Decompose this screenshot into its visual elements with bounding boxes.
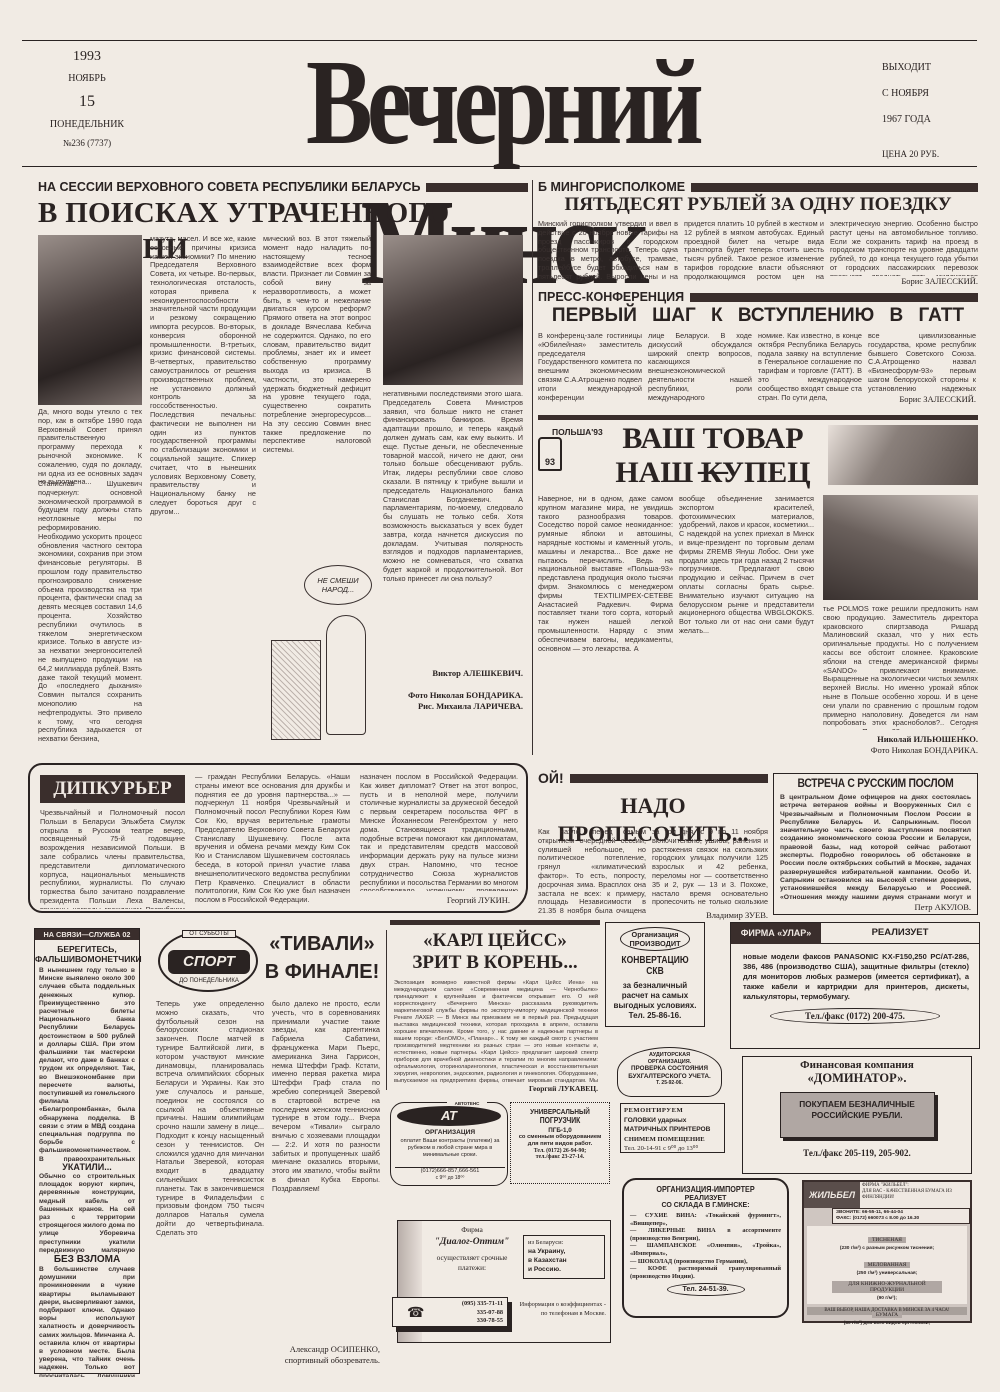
ad-dominator-offer: ПОКУПАЕМ БЕЗНАЛИЧНЫЕ РОССИЙСКИЕ РУБЛИ. xyxy=(780,1092,935,1138)
ad-dialog-phones: ☎ (095) 335-71-11 335-07-88 330-78-55 xyxy=(392,1297,508,1327)
ad-dialog-phone: 330-78-55 xyxy=(462,1317,503,1326)
article-diplomat-col1: Чрезвычайный и Полномочный посол Польши … xyxy=(40,809,185,909)
article-session-col2: мазута, масел. И все же, какие основные … xyxy=(150,235,256,645)
column-divider xyxy=(386,930,387,1090)
article-gatt: ПРЕСС-КОНФЕРЕНЦИЯ ПЕРВЫЙ ШАГ К ВСТУПЛЕНИ… xyxy=(538,290,978,415)
ad-zhilbel-product: ТИСНЕНАЯ (230 г/м²) с разным рисунком ти… xyxy=(807,1228,967,1251)
article-fare-rubric: Б МИНГОРИСПОЛКОМЕ xyxy=(538,180,978,194)
article-session-rubric: НА СЕССИИ ВЕРХОВНОГО СОВЕТА РЕСПУБЛИКИ Б… xyxy=(38,180,528,194)
ad-importer-item: — ЛИКЕРНЫЕ ВИНА в ассортименте (производ… xyxy=(630,1227,781,1242)
ad-repair: РЕМОНТИРУЕМ ГОЛОВКИ ударных МАТРИЧНЫХ ПР… xyxy=(620,1103,725,1153)
ad-zhilbel: ЖИЛЬБЕЛ ФИРМА "ЖИЛЬБЕЛ": ДЛЯ ВАС - КАЧЕС… xyxy=(802,1180,972,1323)
ad-importer-verb: РЕАЛИЗУЕТ xyxy=(624,1195,787,1202)
article-gatt-col4: все цивилизованные государства, кроме ре… xyxy=(868,332,976,394)
ad-autotens-body: оплатит Ваши контракты (платежи) за рубе… xyxy=(397,1138,503,1159)
ad-dialog-phone-list: (095) 335-71-11 335-07-88 330-78-55 xyxy=(462,1300,503,1326)
sport-logo: ОТ СУББОТЫ СПОРТ ДО ПОНЕДЕЛЬНИКА xyxy=(158,930,258,992)
ad-zhilbel-product: ДЛЯ КНИЖНО-ЖУРНАЛЬНОЙ ПРОДУКЦИИ (90 г/м²… xyxy=(807,1278,967,1301)
article-police-sub1: УКАТИЛИ... xyxy=(35,1162,139,1172)
ad-loader-model: ПГБ-1,0 xyxy=(511,1127,609,1134)
sport-logo-top: ОТ СУББОТЫ xyxy=(182,930,236,938)
article-sport-author-role: спортивный обозреватель. xyxy=(264,1355,380,1365)
article-police-text: В нынешнем году только в Минске выявлено… xyxy=(35,964,139,1162)
article-fare: Б МИНГОРИСПОЛКОМЕ ПЯТЬДЕСЯТ РУБЛЕЙ ЗА ОД… xyxy=(538,180,978,285)
article-diplomat-col2: — граждан Республики Беларусь. «Наши стр… xyxy=(195,773,350,911)
thumbs-up-icon: 93 xyxy=(538,437,562,471)
ad-dominator-l1: Финансовая компания xyxy=(743,1059,971,1071)
article-zeiss: «КАРЛ ЦЕЙСС» ЗРИТ В КОРЕНЬ... Экспозиция… xyxy=(390,920,600,1095)
ad-importer-phone: Тел. 24-51-39. xyxy=(667,1283,745,1296)
ad-dialog-phone: (095) 335-71-11 xyxy=(462,1300,503,1309)
masthead-month: НОЯБРЬ xyxy=(32,67,142,91)
article-fare-col1: Минский горисполком утвердил и ввел в де… xyxy=(538,220,678,282)
cartoon: НЕ СМЕШИ НАРОД... xyxy=(266,560,376,745)
ad-audit-l1: АУДИТОРСКАЯ ОРГАНИЗАЦИЯ. xyxy=(618,1052,721,1065)
photo-kebich xyxy=(383,235,523,385)
ad-autotens: АВТОТЕНС АТ ОРГАНИЗАЦИЯ оплатит Ваши кон… xyxy=(390,1102,508,1186)
ad-importer: ОРГАНИЗАЦИЯ-ИМПОРТЕР РЕАЛИЗУЕТ СО СКЛАДА… xyxy=(622,1178,789,1318)
rubric-bar xyxy=(690,293,978,302)
article-zeiss-text: Экспозиция всемирно известной фирмы «Кар… xyxy=(394,980,598,1084)
ad-ular-header: ФИРМА «УЛАР» РЕАЛИЗУЕТ xyxy=(731,923,979,944)
article-poland-col1: Наверное, ни в одном, даже самом крупном… xyxy=(538,495,673,750)
ad-audit-phone: Т. 25-92-06. xyxy=(618,1080,721,1086)
ad-importer-item: — ШОКОЛАД (производство Германии), xyxy=(630,1258,781,1266)
article-weather-rubric: ОЙ! xyxy=(538,770,768,786)
ad-zhilbel-header: ЖИЛЬБЕЛ ФИРМА "ЖИЛЬБЕЛ": ДЛЯ ВАС - КАЧЕС… xyxy=(804,1182,970,1208)
ad-dominator-phone: Тел./факс 205-119, 205-902. xyxy=(743,1148,971,1158)
article-weather-col2: за три дня, с 9 по 11 ноября включительн… xyxy=(652,828,768,908)
article-fare-col2: придется платить 10 рублей в жестком и 1… xyxy=(684,220,824,282)
masthead-year: 1993 xyxy=(32,47,142,67)
article-police-headline: БЕРЕГИТЕСЬ, ФАЛЬШИВОМОНЕТЧИКИ xyxy=(35,944,139,964)
ad-dominator-l2: «ДОМИНАТОР». xyxy=(743,1071,971,1086)
article-sport-col2: было далеко не просто, если учесть, что … xyxy=(272,1000,380,1340)
ad-dialog-info: Информация о коэффициентах - по телефона… xyxy=(516,1301,606,1318)
ad-ular-verb: РЕАЛИЗУЕТ xyxy=(821,923,979,944)
article-session-author: Виктор АЛЕШКЕВИЧ. xyxy=(383,668,523,678)
ad-dialog-route1: из Беларуси: xyxy=(528,1238,600,1247)
ad-repair-l2: ГОЛОВКИ ударных xyxy=(624,1116,721,1126)
ad-importer-title: ОРГАНИЗАЦИЯ-ИМПОРТЕР xyxy=(636,1184,775,1194)
article-weather: ОЙ! НАДО ПРОПЕСОЧИТЬ... Как назло, перед… xyxy=(538,770,768,920)
ad-repair-phone: Тел. 20-14-91 с 9⁰⁰ до 13⁰⁰ xyxy=(624,1144,721,1154)
ad-dialog-l1: Фирма xyxy=(422,1225,522,1234)
ad-repair-l1: РЕМОНТИРУЕМ xyxy=(624,1106,721,1116)
rubric-bar xyxy=(691,183,978,192)
ad-importer-item: — ШАМПАНСКОЕ «Олимпия», «Тройка», «Импер… xyxy=(630,1242,781,1257)
article-fare-headline: ПЯТЬДЕСЯТ РУБЛЕЙ ЗА ОДНУ ПОЕЗДКУ xyxy=(538,194,978,216)
article-gatt-rubric: ПРЕСС-КОНФЕРЕНЦИЯ xyxy=(538,290,978,304)
ad-autotens-hours: с 9⁰⁰ до 18⁰⁰ xyxy=(395,1175,505,1181)
article-sport-headline-2: В ФИНАЛЕ! xyxy=(263,960,381,984)
masthead-price: ЦЕНА 20 РУБ. xyxy=(882,141,977,167)
article-session: НА СЕССИИ ВЕРХОВНОГО СОВЕТА РЕСПУБЛИКИ Б… xyxy=(38,180,528,755)
ad-repair-l3: МАТРИЧНЫХ ПРИНТЕРОВ xyxy=(624,1125,721,1135)
article-zeiss-headline-1: «КАРЛ ЦЕЙСС» xyxy=(390,930,600,952)
article-ambassador-author: Петр АКУЛОВ. xyxy=(774,902,977,912)
article-diplomat-col3: назначен послом в Российской Федерации. … xyxy=(360,773,518,891)
article-gatt-col2: лице Беларуси. В ходе дискуссий обсуждал… xyxy=(648,332,752,402)
article-poland-col3: тье POLMOS тоже решили предложить нам св… xyxy=(823,605,978,730)
ad-dialog-route4: и Россию. xyxy=(528,1265,600,1274)
ad-audit: АУДИТОРСКАЯ ОРГАНИЗАЦИЯ. ПРОВЕРКА СОСТОЯ… xyxy=(617,1047,722,1097)
ad-dialog-route3: в Казахстан xyxy=(528,1256,600,1265)
ad-zhilbel-head: ФИРМА "ЖИЛЬБЕЛ": ДЛЯ ВАС - КАЧЕСТВЕННАЯ … xyxy=(860,1182,970,1208)
photo-caption-session: Да, много воды утекло с тех пор, как в о… xyxy=(38,408,142,487)
ad-importer-item: — СУХИЕ ВИНА: «Токайский фурмингт», «Виш… xyxy=(630,1212,781,1227)
article-sport: ОТ СУББОТЫ СПОРТ ДО ПОНЕДЕЛЬНИКА «ТИВАЛИ… xyxy=(148,928,381,1378)
ad-ular-phone[interactable]: Тел./факс (0172) 200-475. xyxy=(770,1008,940,1024)
article-poland-credit: Фото Николая БОНДАРИКА. xyxy=(823,745,978,755)
ad-zhilbel-products: ТИСНЕНАЯ (230 г/м²) с разным рисунком ти… xyxy=(807,1226,967,1304)
masthead-since-2: С НОЯБРЯ xyxy=(882,81,977,107)
ad-loader: УНИВЕРСАЛЬНЫЙ ПОГРУЗЧИК ПГБ-1,0 со сменн… xyxy=(510,1102,610,1184)
ad-dialog-route2: на Украину, xyxy=(528,1247,600,1256)
credit-photo: Фото Николая БОНДАРИКА. xyxy=(383,690,523,700)
article-ambassador: ВСТРЕЧА С РУССКИМ ПОСЛОМ В центральном Д… xyxy=(773,773,978,915)
masthead-since-block: ВЫХОДИТ С НОЯБРЯ 1967 ГОДА ЦЕНА 20 РУБ. xyxy=(882,55,977,167)
photo-stand xyxy=(823,495,978,600)
photo-shushkevich xyxy=(38,235,142,405)
ad-convert: Организация ПРОИЗВОДИТ КОНВЕРТАЦИЮ СКВ з… xyxy=(605,922,705,1027)
ad-repair-l4: СНИМЕМ ПОМЕЩЕНИЕ xyxy=(624,1135,721,1145)
telephone-icon: ☎ xyxy=(407,1305,424,1319)
column-divider xyxy=(532,180,533,755)
article-gatt-col1: В конференц-зале гостиницы «Юбилейная» з… xyxy=(538,332,642,402)
masthead-date-block: 1993 НОЯБРЬ 15 ПОНЕДЕЛЬНИК №236 (7737) xyxy=(32,47,142,150)
masthead-weekday: ПОНЕДЕЛЬНИК xyxy=(32,113,142,137)
article-diplomat-rubric: ДИПКУРЬЕР xyxy=(40,775,185,803)
credit-drawing: Рис. Михаила ЛАРИЧЕВА. xyxy=(383,701,523,711)
ad-convert-badge: Организация ПРОИЗВОДИТ xyxy=(620,927,690,951)
section-bar xyxy=(390,920,600,925)
rubric-bar xyxy=(570,774,768,783)
ad-dialog-name: "Диалог-Оптим" xyxy=(422,1237,522,1247)
article-session-col4: негативными последствиями этого шага. Пр… xyxy=(383,390,523,660)
ad-zhilbel-fax: ФАКС: (0172) 660073 с 8.00 до 16.30 xyxy=(836,1216,966,1222)
article-session-col3: мический воз. В этот тяжелый момент надо… xyxy=(263,235,371,553)
ad-dialog-l2: осуществляет срочные платежи: xyxy=(422,1253,522,1273)
article-zeiss-author: Георгий ЛУКАВЕЦ. xyxy=(390,1084,598,1093)
ad-zhilbel-head2: ДЛЯ ВАС - КАЧЕСТВЕННАЯ БУМАГА ИЗ ФИНЛЯНД… xyxy=(862,1189,968,1201)
masthead: 1993 НОЯБРЬ 15 ПОНЕДЕЛЬНИК №236 (7737) В… xyxy=(22,40,977,167)
article-gatt-col3: номике. Как известно, в конце октября Ре… xyxy=(758,332,862,402)
sport-logo-main: СПОРТ xyxy=(168,950,250,974)
ad-audit-l2: ПРОВЕРКА СОСТОЯНИЯ БУХГАЛТЕРСКОГО УЧЕТА. xyxy=(618,1065,721,1080)
ad-convert-title: КОНВЕРТАЦИЮ СКВ xyxy=(613,955,696,977)
article-weather-col1: Как назло, перед самым открытием очередн… xyxy=(538,828,646,918)
ad-dialog-routes: из Беларуси: на Украину, в Казахстан и Р… xyxy=(523,1235,605,1279)
ad-dominator: Финансовая компания «ДОМИНАТОР». ПОКУПАЕ… xyxy=(742,1056,972,1174)
article-ambassador-text: В центральном Доме офицеров на днях сост… xyxy=(774,790,977,902)
ad-zhilbel-product: МЕЛОВАННАЯ (250 г/м²) универсальная; xyxy=(807,1253,967,1276)
article-ambassador-headline: ВСТРЕЧА С РУССКИМ ПОСЛОМ xyxy=(784,778,967,790)
article-poland: ПОЛЬША'93 93 ВАШ ТОВАР — НАШ КУПЕЦ Навер… xyxy=(538,425,978,755)
section-bar xyxy=(538,415,978,420)
article-session-col1: Станислав Шушкевич подчеркнул: основной … xyxy=(38,480,142,745)
ad-loader-phone2: тел./факс 23-27-14. xyxy=(511,1154,609,1160)
article-sport-author: Александр ОСИПЕНКО, xyxy=(272,1344,380,1354)
article-police: НА СВЯЗИ—СЛУЖБА 02 БЕРЕГИТЕСЬ, ФАЛЬШИВОМ… xyxy=(34,928,140,1374)
article-sport-col1: Теперь уже определенно можно сказать, чт… xyxy=(156,1000,264,1378)
ad-zhilbel-logo: ЖИЛЬБЕЛ xyxy=(804,1182,860,1208)
ad-autotens-phone: (0172)666-857,666-561 xyxy=(395,1167,505,1174)
ad-ular-name: ФИРМА «УЛАР» xyxy=(731,923,821,944)
article-poland-col2: вообще объединение занимается экспортом … xyxy=(679,495,814,750)
ad-loader-body: со сменным оборудованием для пяти видов … xyxy=(511,1134,609,1148)
ad-dialog: Фирма "Диалог-Оптим" осуществляет срочны… xyxy=(397,1220,611,1343)
article-diplomat-author: Георгий ЛУКИН. xyxy=(360,895,510,905)
ad-importer-items: — СУХИЕ ВИНА: «Токайский фурмингт», «Виш… xyxy=(624,1209,787,1280)
article-gatt-author: Борис ЗАЛЕССКИЙ. xyxy=(868,394,976,404)
ad-convert-phone: Тел. 25-86-16. xyxy=(606,1011,704,1020)
article-poland-author: Николай ИЛЬЮШЕНКО. xyxy=(823,734,978,744)
masthead-issue: №236 (7737) xyxy=(32,137,142,150)
ad-loader-l2: ПОГРУЗЧИК xyxy=(518,1116,601,1125)
ad-autotens-logo-main: АТ xyxy=(397,1106,501,1126)
ad-zhilbel-footer: ВАШ ВЫБОР, НАША ДОСТАВКА В МИНСКЕ ЗА 4 Ч… xyxy=(807,1307,967,1315)
ad-importer-sub: СО СКЛАДА В Г.МИНСКЕ: xyxy=(624,1202,787,1209)
ad-zhilbel-contacts: ЗВОНИТЕ: 66-55-11, 66-44-04 ФАКС: (0172)… xyxy=(832,1208,970,1224)
rubric-bar xyxy=(426,183,528,192)
ad-ular-body: новые модели факсов PANASONIC KX-F150,25… xyxy=(731,944,979,1002)
article-police-sub2-text: В большинстве случаев домушники при прон… xyxy=(35,1265,139,1377)
poland-logo-text: ПОЛЬША'93 xyxy=(552,427,603,437)
cartoon-bubble: НЕ СМЕШИ НАРОД... xyxy=(304,565,372,605)
article-police-sub2: БЕЗ ВЗЛОМА xyxy=(35,1254,139,1265)
ad-convert-body: за безналичный расчет на самых выгодных … xyxy=(606,981,704,1011)
ad-importer-item: — КОФЕ растворимый гранулированный (прои… xyxy=(630,1265,781,1280)
article-fare-author: Борис ЗАЛЕССКИЙ. xyxy=(830,276,978,286)
sport-logo-bottom: ДО ПОНЕДЕЛЬНИКА xyxy=(170,978,248,984)
masthead-since-1: ВЫХОДИТ xyxy=(882,55,977,81)
ad-dialog-phone: 335-07-88 xyxy=(462,1309,503,1318)
article-police-rubric: НА СВЯЗИ—СЛУЖБА 02 xyxy=(35,929,139,940)
article-police-sub1-text: Обычно со строительных площадок воруют к… xyxy=(35,1172,139,1254)
article-sport-headline-1: «ТИВАЛИ» xyxy=(263,932,381,956)
article-poland-headline-2: НАШ КУПЕЦ xyxy=(608,457,818,489)
ad-loader-l1: УНИВЕРСАЛЬНЫЙ xyxy=(518,1107,601,1116)
cartoon-figure xyxy=(326,615,366,735)
masthead-since-3: 1967 ГОДА xyxy=(882,107,977,133)
article-fare-col3: электрическую энергию. Особенно быстро р… xyxy=(830,220,978,276)
ad-autotens-title: ОРГАНИЗАЦИЯ xyxy=(391,1129,509,1136)
article-diplomat: ДИПКУРЬЕР Чрезвычайный и Полномочный пос… xyxy=(28,763,528,913)
poland-logo: ПОЛЬША'93 93 xyxy=(538,427,598,477)
article-gatt-headline: ПЕРВЫЙ ШАГ К ВСТУПЛЕНИЮ В ГАТТ xyxy=(538,304,978,328)
article-zeiss-headline-2: ЗРИТ В КОРЕНЬ... xyxy=(390,952,600,974)
cartoon-podium xyxy=(271,640,321,740)
article-weather-author: Владимир ЗУЕВ. xyxy=(652,910,768,920)
photo-exhibition xyxy=(828,425,978,485)
masthead-day: 15 xyxy=(32,91,142,113)
ad-ular: ФИРМА «УЛАР» РЕАЛИЗУЕТ новые модели факс… xyxy=(730,922,980,1049)
